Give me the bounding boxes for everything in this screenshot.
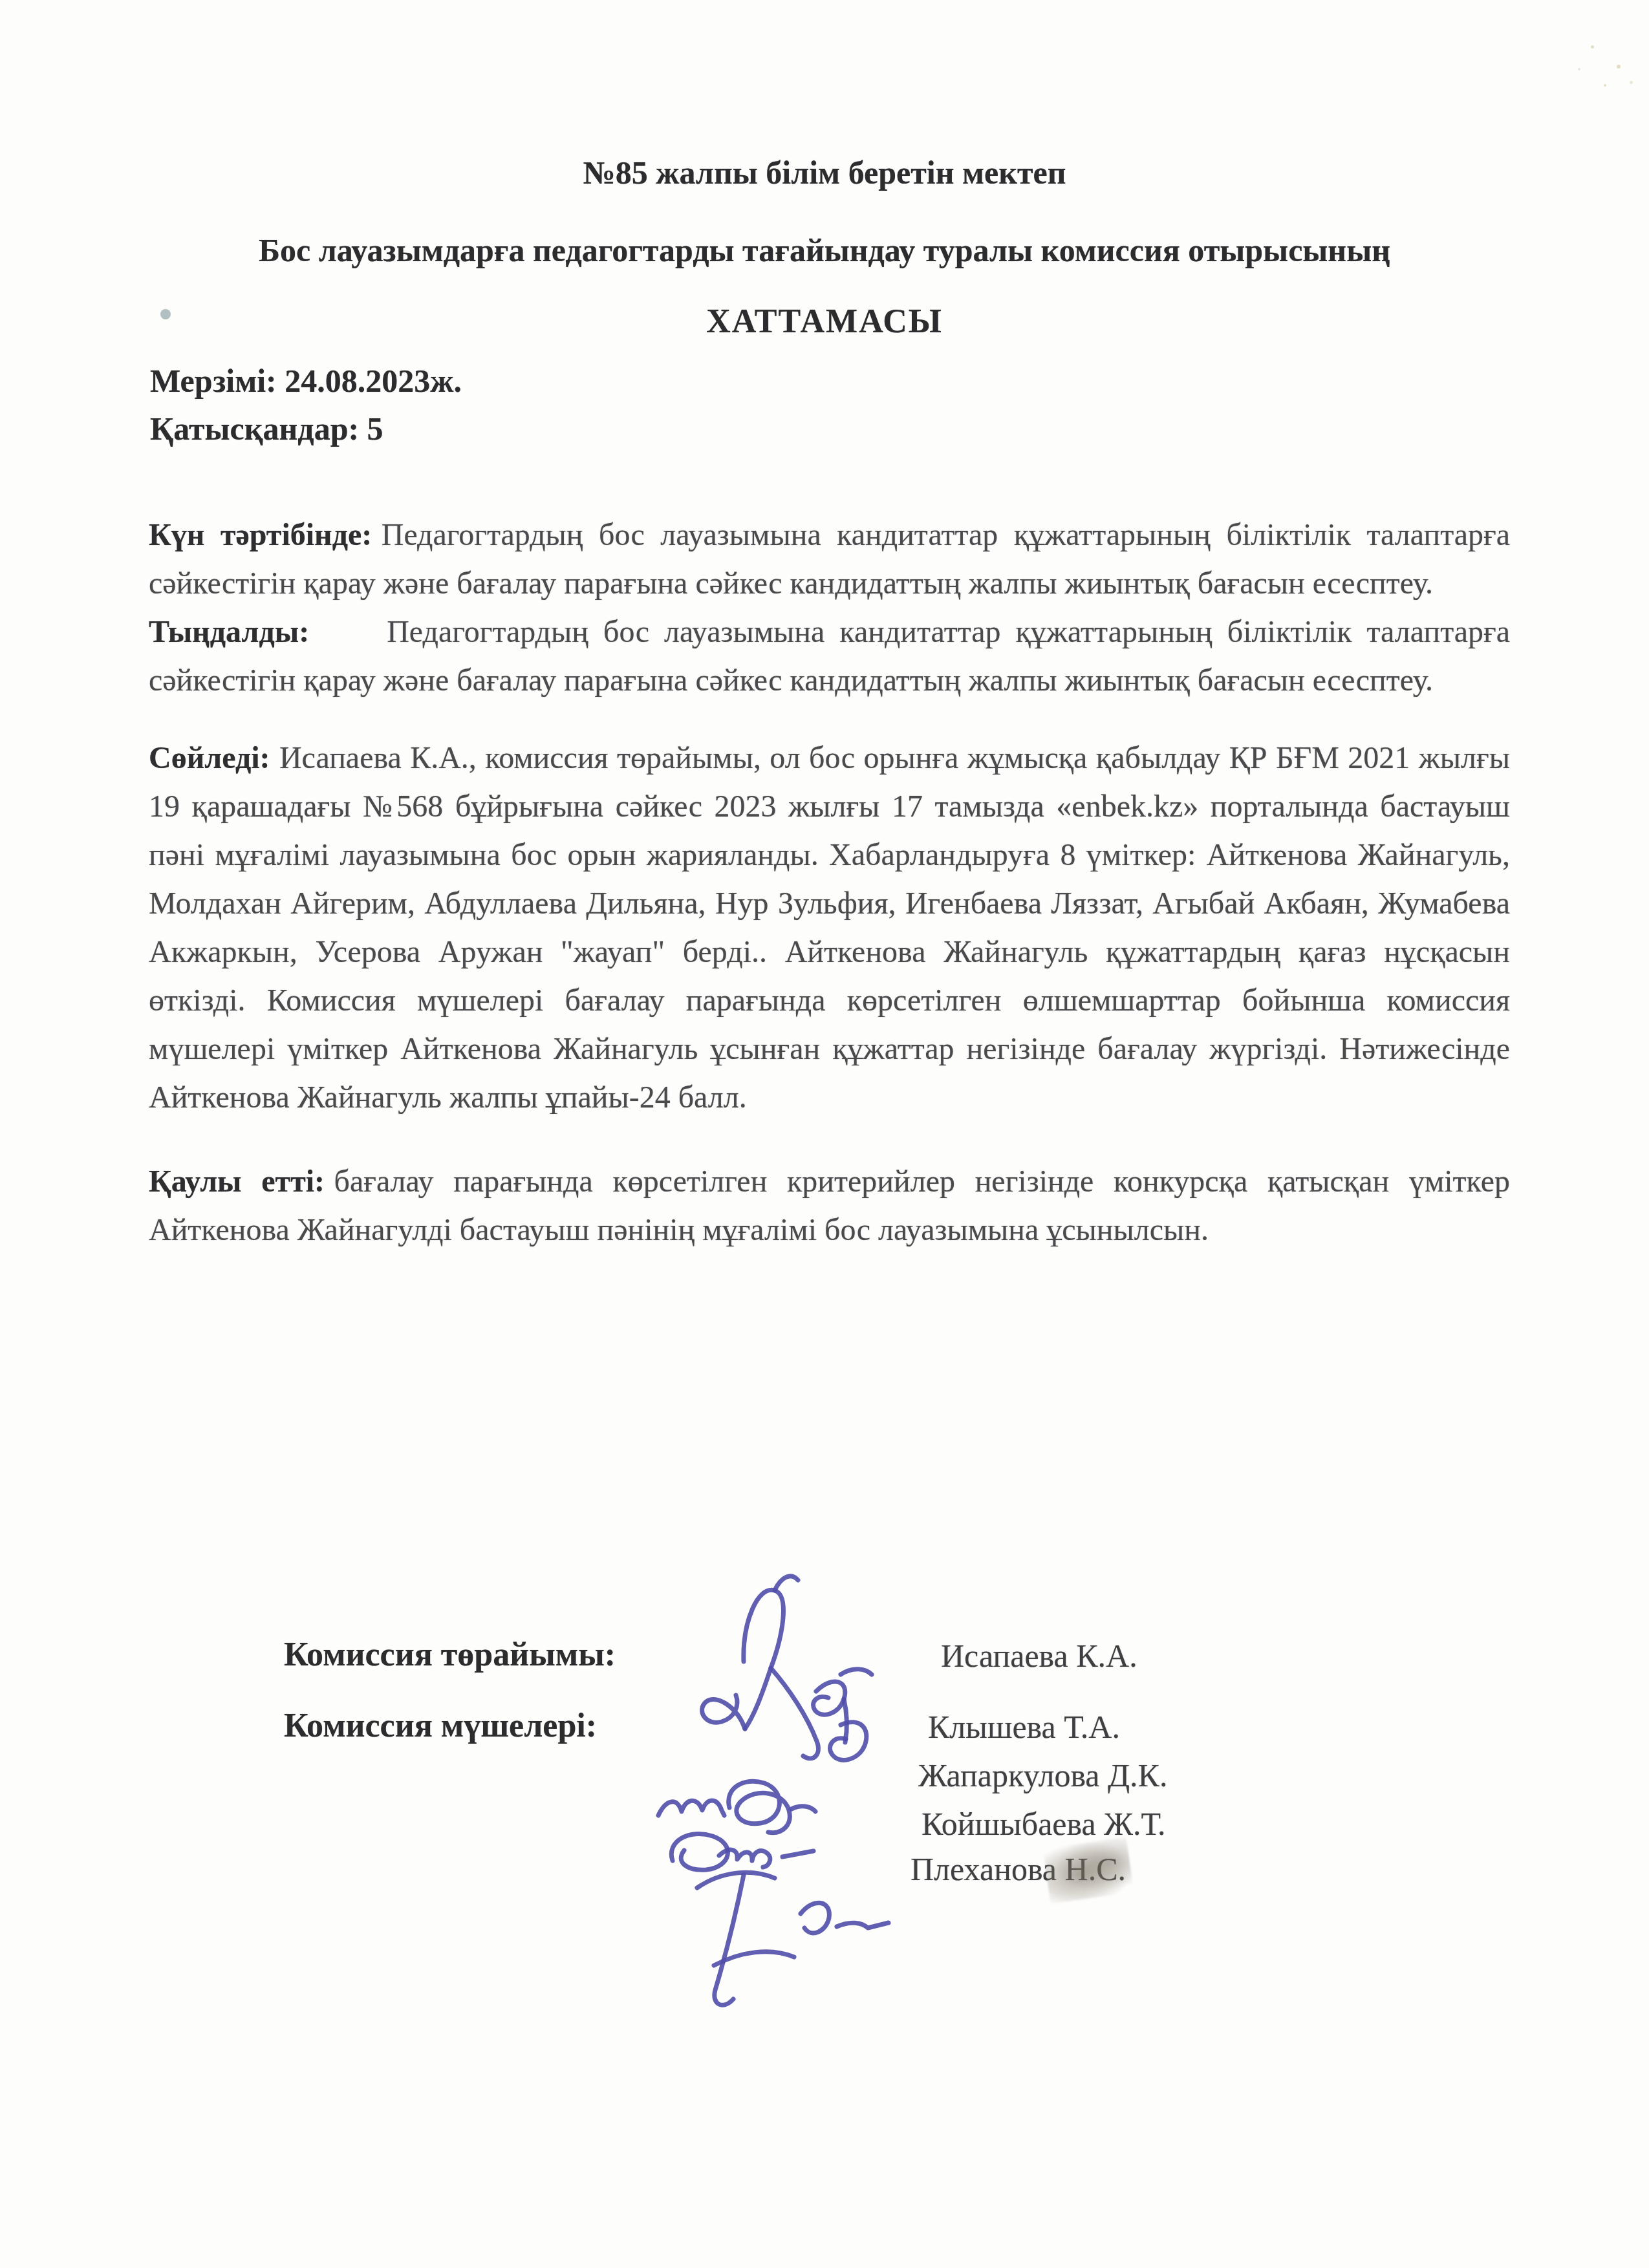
paragraph-agenda: Күн тәртібінде:Педагогтардың бос лауазым…	[149, 511, 1510, 608]
scan-speckles-artifact	[1552, 19, 1649, 116]
chair-name: Исапаева К.А.	[941, 1637, 1137, 1674]
signature-plekhanova	[697, 1872, 889, 2005]
spoke-label: Сөйледі:	[149, 741, 270, 775]
stamp-smudge-artifact	[1043, 1837, 1134, 1903]
signature-koishybaeva	[671, 1834, 814, 1870]
paragraph-heard: Тыңдалды:Педагогтардың бос лауазымына ка…	[149, 608, 1510, 705]
signature-klysheva	[814, 1669, 872, 1760]
participants-line: Қатысқандар: 5	[150, 410, 383, 447]
meeting-title: Бос лауазымдарға педагогтарды тағайындау…	[0, 231, 1649, 269]
date-line: Мерзімі: 24.08.2023ж.	[150, 362, 462, 400]
members-label: Комиссия мүшелері:	[284, 1707, 597, 1745]
heard-text: Педагогтардың бос лауазымына кандитаттар…	[149, 615, 1510, 698]
document-body: Күн тәртібінде:Педагогтардың бос лауазым…	[149, 511, 1510, 1254]
chair-label: Комиссия төрайымы:	[284, 1636, 616, 1674]
heard-label: Тыңдалды:	[149, 615, 309, 649]
paragraph-resolved: Қаулы етті:бағалау парағында көрсетілген…	[149, 1157, 1510, 1254]
protocol-title: ХАТТАМАСЫ	[0, 303, 1649, 341]
resolved-text: бағалау парағында көрсетілген критерийле…	[149, 1164, 1510, 1247]
school-title: №85 жалпы білім беретін мектеп	[0, 154, 1649, 191]
scanned-protocol-page: №85 жалпы білім беретін мектеп Бос лауаз…	[0, 0, 1649, 2268]
resolved-label: Қаулы етті:	[149, 1164, 325, 1199]
paragraph-spoke: Сөйледі:Исапаева К.А., комиссия төрайымы…	[149, 734, 1510, 1122]
scan-dot-artifact	[160, 309, 171, 319]
handwritten-signatures	[647, 1552, 970, 2043]
signature-zhaparkulova	[658, 1781, 815, 1832]
agenda-label: Күн тәртібінде:	[149, 518, 372, 552]
signature-isapaeva	[702, 1576, 819, 1759]
spoke-text: Исапаева К.А., комиссия төрайымы, ол бос…	[149, 741, 1510, 1115]
